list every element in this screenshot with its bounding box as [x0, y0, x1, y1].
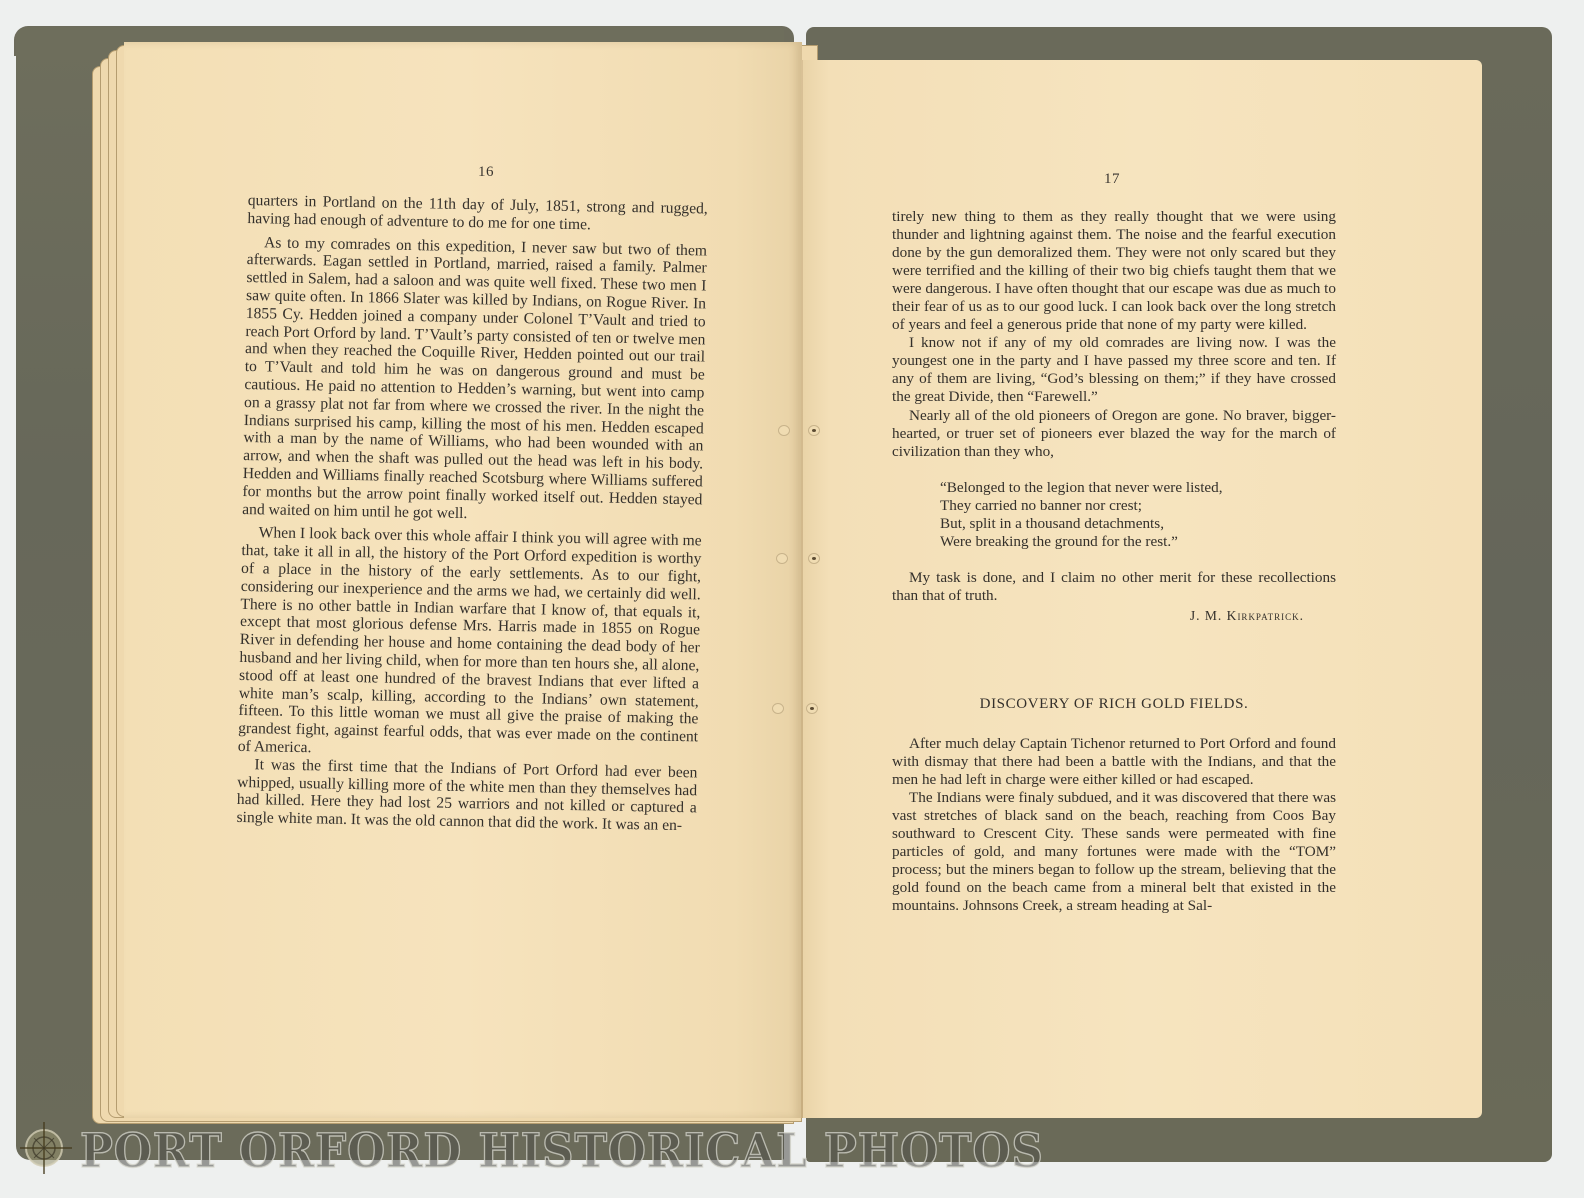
section-heading: DISCOVERY OF RICH GOLD FIELDS. — [892, 695, 1336, 713]
poem-line: They carried no banner nor crest; — [940, 497, 1336, 515]
page-number-right: 17 — [1104, 171, 1120, 188]
watermark-text: PORT ORFORD HISTORICAL PHOTOS — [80, 1124, 1044, 1179]
signature-initials: J. M. K — [1190, 608, 1238, 623]
poem-line: But, split in a thousand detachments, — [940, 515, 1336, 533]
page-number-left: 16 — [478, 164, 494, 181]
staple-hole — [776, 553, 788, 564]
paragraph: After much delay Captain Tichenor return… — [892, 735, 1336, 789]
staple-hole — [778, 425, 790, 436]
staple-hole — [808, 553, 820, 564]
staple-hole — [808, 425, 820, 436]
book-gutter — [801, 60, 803, 1118]
staple-hole — [772, 703, 784, 714]
author-signature: J. M. Kirkpatrick. — [892, 607, 1304, 625]
left-page-text: quarters in Portland on the 11th day of … — [236, 192, 708, 835]
paragraph: quarters in Portland on the 11th day of … — [247, 192, 708, 236]
signature-surname: irkpatrick. — [1237, 608, 1304, 623]
paragraph: It was the first time that the Indians o… — [236, 756, 697, 836]
paragraph: I know not if any of my old comrades are… — [892, 334, 1336, 406]
paragraph: As to my comrades on this expedition, I … — [242, 234, 707, 527]
paragraph: The Indians were finaly subdued, and it … — [892, 789, 1336, 915]
right-page-text: tirely new thing to them as they really … — [892, 208, 1336, 916]
poem-line: “Belonged to the legion that never were … — [940, 479, 1336, 497]
compass-rose-icon — [16, 1118, 72, 1174]
poem-line: Were breaking the ground for the rest.” — [940, 533, 1336, 551]
paragraph: tirely new thing to them as they really … — [892, 208, 1336, 334]
paragraph: Nearly all of the old pioneers of Oregon… — [892, 407, 1336, 461]
staple-hole — [806, 703, 818, 714]
closing-paragraph: My task is done, and I claim no other me… — [892, 569, 1336, 605]
paragraph: When I look back over this whole affair … — [238, 524, 702, 764]
